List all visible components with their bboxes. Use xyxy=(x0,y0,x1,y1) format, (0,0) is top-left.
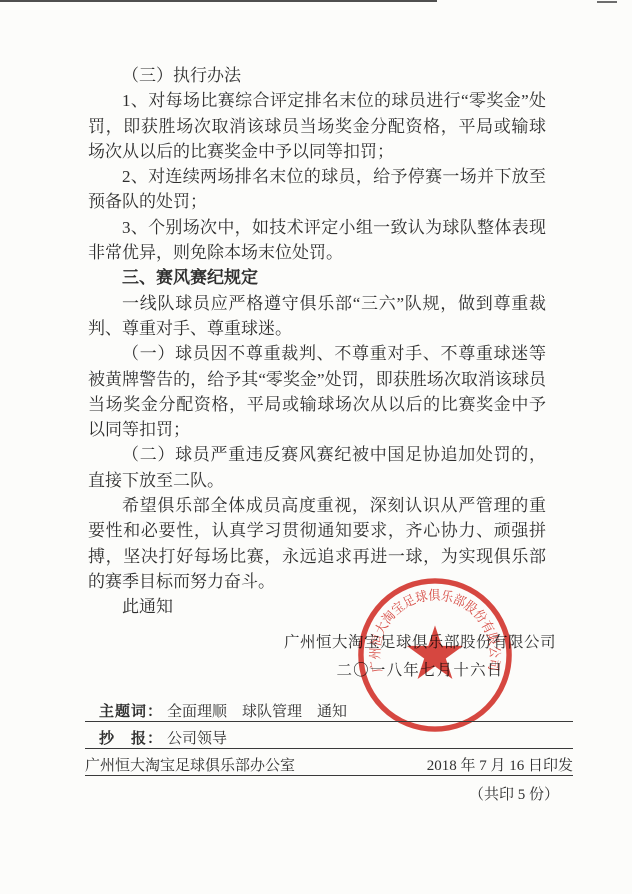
scan-artifact-line xyxy=(597,1,617,3)
copies-row: （共印 5 份） xyxy=(85,776,573,804)
issuing-office-row: 广州恒大淘宝足球俱乐部办公室 2018 年 7 月 16 日印发 xyxy=(85,749,573,776)
body-paragraph: （三）执行办法 xyxy=(88,63,546,88)
section-heading: 三、赛风赛纪规定 xyxy=(88,265,546,290)
body-paragraph: 一线队球员应严格遵守俱乐部“三六”队规，做到尊重裁判、尊重对手、尊重球迷。 xyxy=(88,291,546,342)
subject-label: 主题词： xyxy=(99,704,163,720)
scanned-notice-page: （三）执行办法 1、对每场比赛综合评定排名末位的球员进行“零奖金”处罚，即获胜场… xyxy=(0,0,632,894)
notice-body: （三）执行办法 1、对每场比赛综合评定排名末位的球员进行“零奖金”处罚，即获胜场… xyxy=(88,63,546,620)
body-paragraph: 1、对每场比赛综合评定排名末位的球员进行“零奖金”处罚，即获胜场次取消该球员当场… xyxy=(88,88,546,164)
body-paragraph: （二）球员严重违反赛风赛纪被中国足协追加处罚的，直接下放至二队。 xyxy=(88,442,546,493)
body-paragraph: 3、个别场次中，如技术评定小组一致认为球队整体表现非常优异，则免除本场末位处罚。 xyxy=(88,215,546,266)
seal-star-icon xyxy=(407,625,463,679)
subject-value: 全面理顺 球队管理 通知 xyxy=(167,704,347,720)
cc-label: 抄 报： xyxy=(99,731,163,747)
cc-row: 抄 报：公司领导 xyxy=(85,722,573,749)
cc-value: 公司领导 xyxy=(167,731,227,747)
issuing-office: 广州恒大淘宝足球俱乐部办公室 xyxy=(85,754,295,775)
copies-count: （共印 5 份） xyxy=(469,787,559,803)
print-date: 2018 年 7 月 16 日印发 xyxy=(427,754,573,775)
body-paragraph: （一）球员因不尊重裁判、不尊重对手、不尊重球迷等被黄牌警告的，给予其“零奖金”处… xyxy=(88,341,546,442)
subject-row: 主题词：全面理顺 球队管理 通知 xyxy=(85,700,573,722)
body-paragraph: 2、对连续两场排名末位的球员，给予停赛一场并下放至预备队的处罚； xyxy=(88,164,546,215)
scan-artifact-line xyxy=(0,0,437,2)
document-footer: 主题词：全面理顺 球队管理 通知 抄 报：公司领导 广州恒大淘宝足球俱乐部办公室… xyxy=(85,700,573,804)
